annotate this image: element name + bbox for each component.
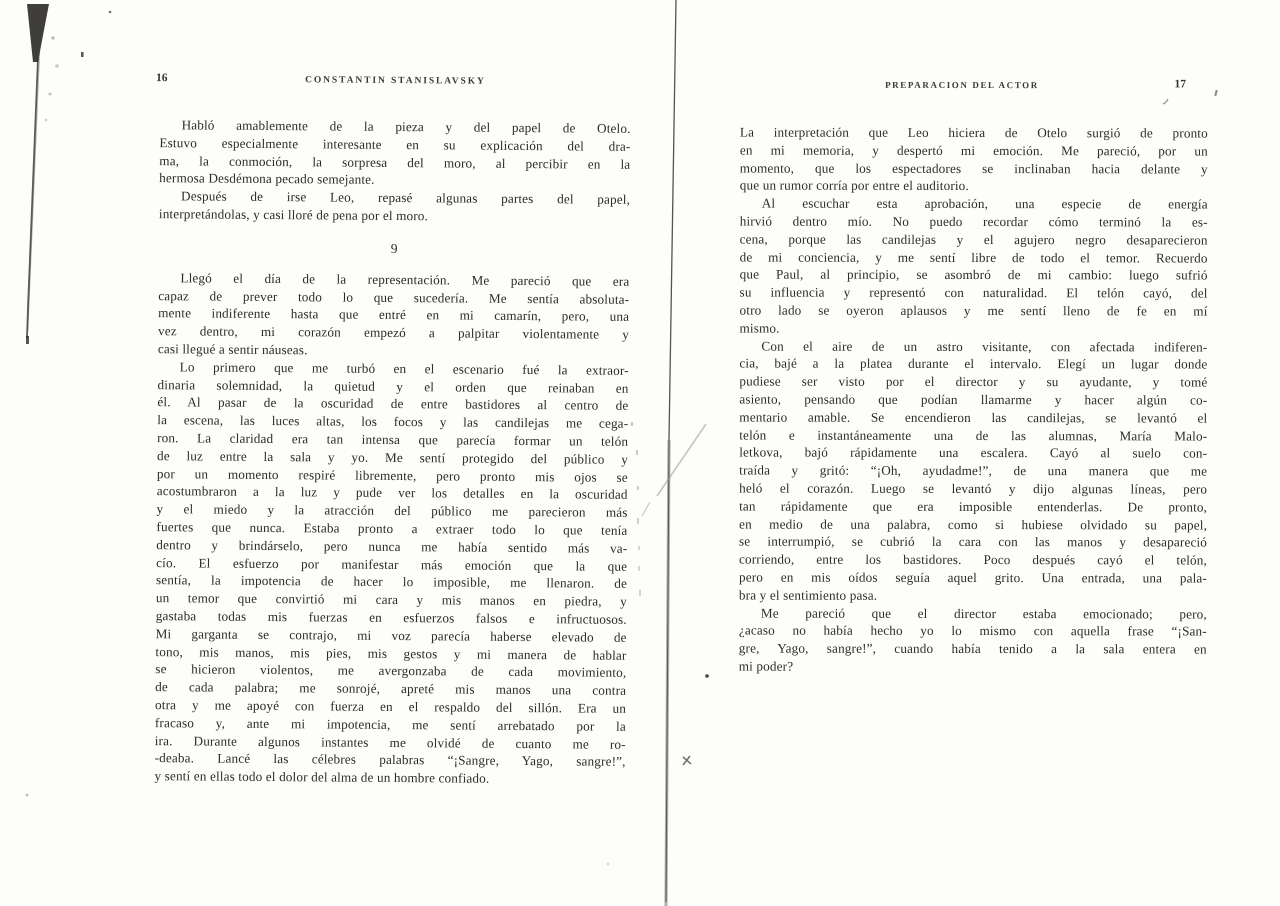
text-line: otro lado se oyeron aplausos y me sentí … [739,301,1207,320]
text-line: en medio de una palabra, como si hubiese… [739,515,1207,534]
text-line: asiento, pensando que podían llamarme y … [739,390,1207,409]
text-line: corriendo, entre los bastidores. Poco de… [739,551,1207,570]
text-line: interpretándolas, y casi lloré de pena p… [159,205,630,226]
text-line: momento, que los espectadores se inclina… [740,159,1208,178]
left-page-header: 16 CONSTANTIN STANISLAVSKY [160,74,631,93]
text-line: que Paul, al principio, se asombró de mi… [740,266,1208,285]
text-line: cia, bajé a la platea durante el interva… [739,355,1207,374]
text-line: ¿acaso no había hecho yo lo mismo con aq… [739,622,1207,641]
section-number-heading: 9 [159,238,630,260]
page-edge-shadow-artifact [26,4,59,796]
text-line: La interpretación que Leo hiciera de Ote… [740,124,1208,143]
text-line: mi poder? [739,657,1207,676]
text-line: gre, Yago, sangre!”, cuando había tenido… [739,640,1207,659]
text-line: bra y el sentimiento pasa. [739,586,1207,605]
left-running-head: CONSTANTIN STANISLAVSKY [160,74,631,88]
text-line: Al escuchar esta aprobación, una especie… [740,195,1208,214]
text-line: de mi conciencia, y me sentí libre de to… [740,248,1208,267]
text-line: mismo. [739,319,1207,338]
text-line: cena, porque las candilejas y el agujero… [740,230,1208,249]
text-line: en mi memoria, y despertó mi emoción. Me… [740,141,1208,160]
text-line: hirvió dentro mío. No puedo recordar cóm… [740,212,1208,231]
right-running-head: PREPARACION DEL ACTOR [740,80,1208,91]
text-line: Me pareció que el director estaba emocio… [739,604,1207,623]
paragraph: Lo primero que me turbó en el escenario … [154,358,628,789]
right-page-body: La interpretación que Leo hiciera de Ote… [739,124,1208,677]
text-line: mentario amable. Se encendieron las cand… [739,408,1207,427]
paragraph: Llegó el día de la representación. Me pa… [158,269,630,362]
text-line: telón e instantáneamente una de las alum… [739,426,1207,445]
text-line: heló el corazón. Luego se levantó y dijo… [739,479,1207,498]
paragraph: Con el aire de un astro visitante, con a… [739,337,1208,605]
text-line: su influencia y representó con naturalid… [740,284,1208,303]
text-line: traída y gritó: “¡Oh, ayudadme!”, de una… [739,462,1207,481]
text-line: pero en mis oídos seguía aquel grito. Un… [739,568,1207,587]
text-line: letkova, bajó rápidamente una escalera. … [739,444,1207,463]
right-page-number: 17 [1174,78,1186,90]
text-line: y sentí en ellas todo el dolor del alma … [154,767,625,788]
paragraph: Al escuchar esta aprobación, una especie… [739,195,1207,338]
paragraph: Después de irse Leo, repasé algunas part… [159,187,630,226]
text-line: pudiese ser visto por el director y su a… [739,373,1207,392]
text-line: Con el aire de un astro visitante, con a… [739,337,1207,356]
right-page: PREPARACION DEL ACTOR 17 La interpretaci… [739,80,1208,677]
right-page-header: PREPARACION DEL ACTOR 17 [740,80,1208,96]
paragraph: Habló amablemente de la pieza y del pape… [159,116,631,191]
paragraph: Me pareció que el director estaba emocio… [739,604,1207,676]
margin-speck-artifacts [631,422,641,596]
left-page: 16 CONSTANTIN STANISLAVSKY Habló amablem… [154,74,631,789]
text-line: tan rápidamente que era imposible entend… [739,497,1207,516]
book-scan: 16 CONSTANTIN STANISLAVSKY Habló amablem… [0,0,1280,906]
gutter-shadow-artifact [666,0,676,906]
text-line: se interrumpió, se cubrió la cara con la… [739,533,1207,552]
text-line: que un rumor corría por entre el auditor… [740,177,1208,196]
scratch-artifact [642,424,706,516]
left-page-body: Habló amablemente de la pieza y del pape… [154,116,630,789]
paragraph: La interpretación que Leo hiciera de Ote… [740,124,1208,196]
